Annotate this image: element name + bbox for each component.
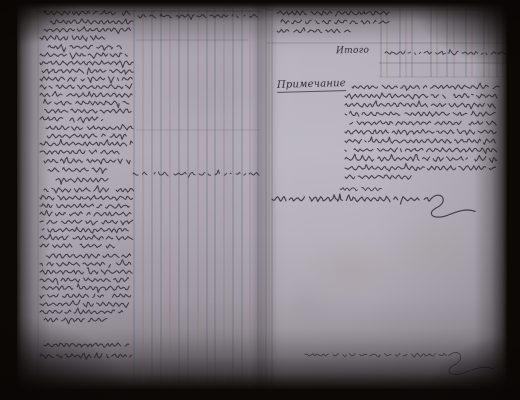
total-label: Итого xyxy=(336,46,369,57)
ink-strokes xyxy=(40,10,510,374)
note-label: Примечание xyxy=(277,78,346,93)
handwriting-layer xyxy=(0,0,520,400)
photograph-of-ledger: Итого Примечание xyxy=(0,0,520,400)
